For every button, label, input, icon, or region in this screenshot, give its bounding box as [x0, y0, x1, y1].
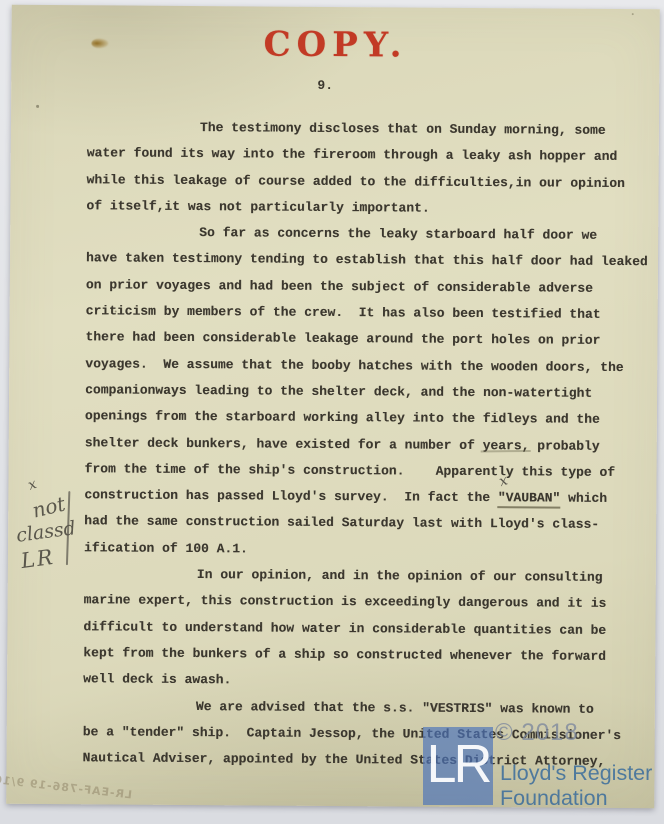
- text-line: openings from the starboard working alle…: [85, 404, 645, 434]
- text-line: had the same construction sailed Saturda…: [84, 509, 644, 539]
- text-line: while this leakage of course added to th…: [86, 167, 646, 197]
- text-line: have taken testimony tending to establis…: [86, 246, 646, 276]
- text-line: water found its way into the fireroom th…: [87, 141, 647, 171]
- text-line: criticism by members of the crew. It has…: [86, 298, 646, 328]
- paper-speck: [632, 13, 634, 15]
- text-line: We are advised that the s.s. "VESTRIS" w…: [83, 693, 643, 723]
- paper-speck: [36, 105, 39, 108]
- text-line: voyages. We assume that the booby hatche…: [85, 351, 645, 381]
- text-line: ification of 100 A.1.: [84, 535, 644, 565]
- reference-stamp: LR-EAF-786-19 9/10: [0, 774, 133, 802]
- text-line: there had been considerable leakage arou…: [85, 325, 645, 355]
- text-line-vauban: construction has passed Lloyd's survey. …: [84, 482, 644, 512]
- text-line: be a "tender" ship. Captain Jessop, the …: [83, 719, 643, 749]
- copy-heading: COPY.: [11, 23, 659, 68]
- text-line: from the time of the ship's construction…: [84, 456, 644, 486]
- text-line: shelter deck bunkers, have existed for a…: [85, 430, 645, 460]
- text-segment: construction has passed Lloyd's survey. …: [84, 487, 498, 505]
- underlined-ship-name: "VAUBAN": [498, 490, 561, 508]
- page-number: 9.: [1, 76, 649, 96]
- text-line: of itself,it was not particularly import…: [86, 193, 646, 223]
- text-line: The testimony discloses that on Sunday m…: [87, 114, 647, 144]
- text-line: kept from the bunkers of a ship so const…: [83, 640, 643, 670]
- text-line: Nautical Adviser, appointed by the Unite…: [82, 745, 642, 775]
- text-line: difficult to understand how water in con…: [83, 614, 643, 644]
- text-line: marine expert, this construction is exce…: [84, 588, 644, 618]
- document-page: COPY. 9. The testimony discloses that on…: [6, 5, 660, 809]
- text-line: well deck is awash.: [83, 666, 643, 696]
- text-line: companionways leading to the shelter dec…: [85, 377, 645, 407]
- text-line: on prior voyages and had been the subjec…: [86, 272, 646, 302]
- text-line: So far as concerns the leaky starboard h…: [86, 219, 646, 249]
- pencil-x-mark: x: [26, 476, 39, 494]
- text-segment: which: [560, 491, 607, 506]
- typewritten-body: The testimony discloses that on Sunday m…: [82, 114, 647, 775]
- scanned-document: COPY. 9. The testimony discloses that on…: [0, 0, 664, 824]
- text-line: In our opinion, and in the opinion of ou…: [84, 561, 644, 591]
- margin-note-word: LR: [19, 545, 56, 573]
